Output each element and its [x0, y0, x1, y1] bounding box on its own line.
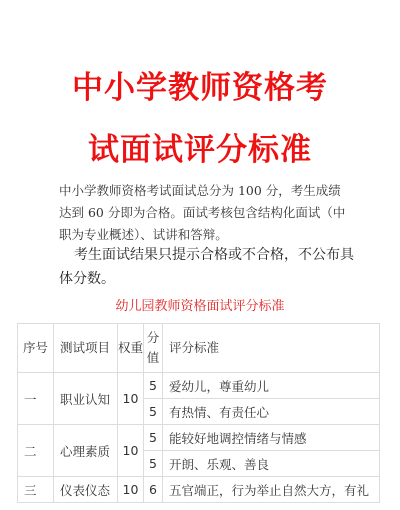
row-score: 5 — [144, 451, 163, 477]
header-weight: 权重 — [118, 324, 144, 373]
header-item: 测试项目 — [54, 324, 118, 373]
scoring-table: 序号 测试项目 权重 分值 评分标准 一 职业认知 10 5 爱幼儿，尊重幼儿 … — [17, 323, 380, 503]
row-no: 二 — [18, 425, 54, 477]
table-header-row: 序号 测试项目 权重 分值 评分标准 — [18, 324, 380, 373]
header-criteria: 评分标准 — [163, 324, 380, 373]
row-score: 5 — [144, 373, 163, 399]
header-score: 分值 — [144, 324, 163, 373]
row-criteria: 能较好地调控情绪与情感 — [163, 425, 380, 451]
row-item: 仪表仪态 — [54, 477, 118, 503]
row-criteria: 开朗、乐观、善良 — [163, 451, 380, 477]
row-criteria: 有热情、有责任心 — [163, 399, 380, 425]
row-criteria: 五官端正，行为举止自然大方，有礼 — [163, 477, 380, 503]
intro-paragraph: 中小学教师资格考试面试总分为 100 分，考生成绩达到 60 分即为合格。面试考… — [59, 180, 349, 246]
row-criteria: 爱幼儿，尊重幼儿 — [163, 373, 380, 399]
header-no: 序号 — [18, 324, 54, 373]
row-weight: 10 — [118, 373, 144, 425]
table-row: 三 仪表仪态 10 6 五官端正，行为举止自然大方，有礼 — [18, 477, 380, 503]
row-score: 5 — [144, 399, 163, 425]
table-row: 二 心理素质 10 5 能较好地调控情绪与情感 — [18, 425, 380, 451]
row-score: 5 — [144, 425, 163, 451]
page-title-line-2: 试面试评分标准 — [0, 124, 400, 169]
table-row: 一 职业认知 10 5 爱幼儿，尊重幼儿 — [18, 373, 380, 399]
table-caption: 幼儿园教师资格面试评分标准 — [0, 295, 400, 314]
row-item: 心理素质 — [54, 425, 118, 477]
row-weight: 10 — [118, 425, 144, 477]
row-score: 6 — [144, 477, 163, 503]
result-note-paragraph: 考生面试结果只提示合格或不合格，不公布具体分数。 — [59, 243, 354, 291]
row-weight: 10 — [118, 477, 144, 503]
row-item: 职业认知 — [54, 373, 118, 425]
row-no: 三 — [18, 477, 54, 503]
row-no: 一 — [18, 373, 54, 425]
page-title-line-1: 中小学教师资格考 — [0, 62, 400, 107]
